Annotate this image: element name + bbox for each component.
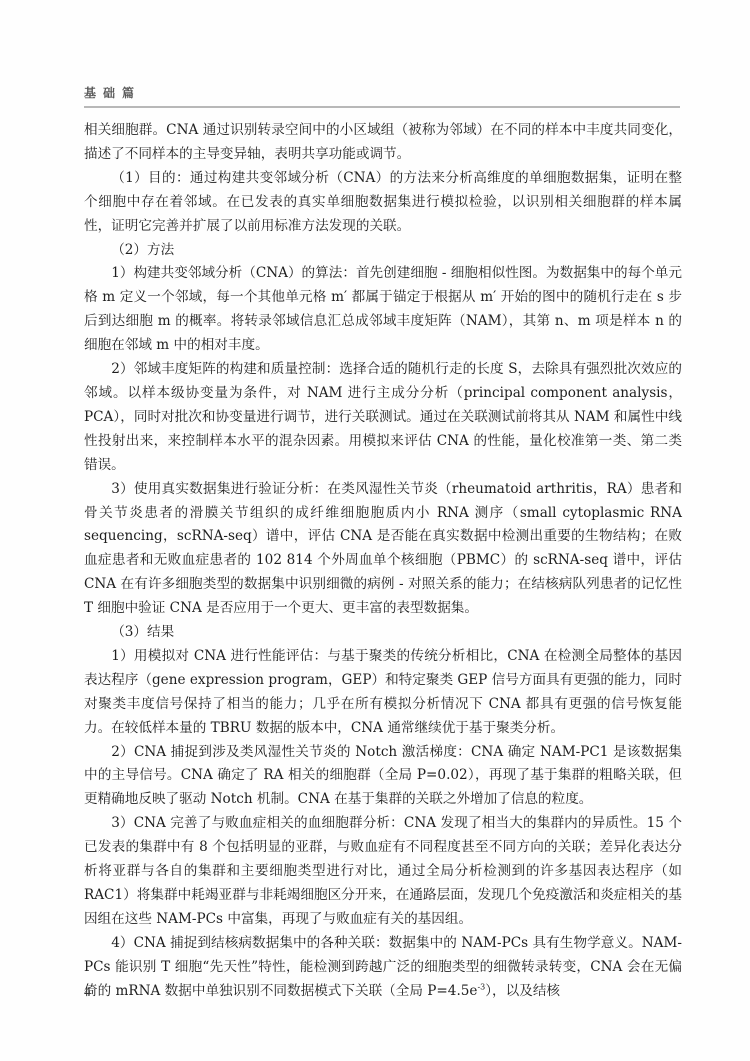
paragraph-method-3: 3）使用真实数据集进行验证分析：在类风湿性关节炎（rheumatoid arth… — [84, 478, 682, 621]
paragraph-method-2: 2）邻域丰度矩阵的构建和质量控制：选择合适的随机行走的长度 S，去除具有强烈批次… — [84, 358, 682, 478]
paragraph-objective: （1）目的：通过构建共变邻域分析（CNA）的方法来分析高维度的单细胞数据集，证明… — [84, 167, 682, 239]
page-number: 4 — [84, 985, 91, 1001]
paragraph-result-4-tail: ），以及结核 — [485, 983, 560, 999]
paragraph-result-3: 3）CNA 完善了与败血症相关的血细胞群分析：CNA 发现了相当大的集群内的异质… — [84, 812, 682, 932]
body-text: 相关细胞群。CNA 通过识别转录空间中的小区域组（被称为邻域）在不同的样本中丰度… — [84, 119, 682, 1004]
paragraph-result-1: 1）用模拟对 CNA 进行性能评估：与基于聚类的传统分析相比，CNA 在检测全局… — [84, 645, 682, 741]
section-title: 基础篇 — [84, 84, 141, 101]
paragraph-method-1: 1）构建共变邻域分析（CNA）的算法：首先创建细胞 - 细胞相似性图。为数据集中… — [84, 262, 682, 358]
paragraph-result-2: 2）CNA 捕捉到涉及类风湿性关节炎的 Notch 激活梯度：CNA 确定 NA… — [84, 741, 682, 813]
heading-results: （3）结果 — [84, 621, 682, 645]
paragraph-result-4-text: 4）CNA 捕捉到结核病数据集中的各种关联：数据集中的 NAM-PCs 具有生物… — [84, 935, 682, 999]
paragraph: 相关细胞群。CNA 通过识别转录空间中的小区域组（被称为邻域）在不同的样本中丰度… — [84, 119, 682, 167]
running-header: 基础篇 — [84, 82, 680, 108]
paragraph-result-4: 4）CNA 捕捉到结核病数据集中的各种关联：数据集中的 NAM-PCs 具有生物… — [84, 932, 682, 1004]
heading-methods: （2）方法 — [84, 239, 682, 263]
